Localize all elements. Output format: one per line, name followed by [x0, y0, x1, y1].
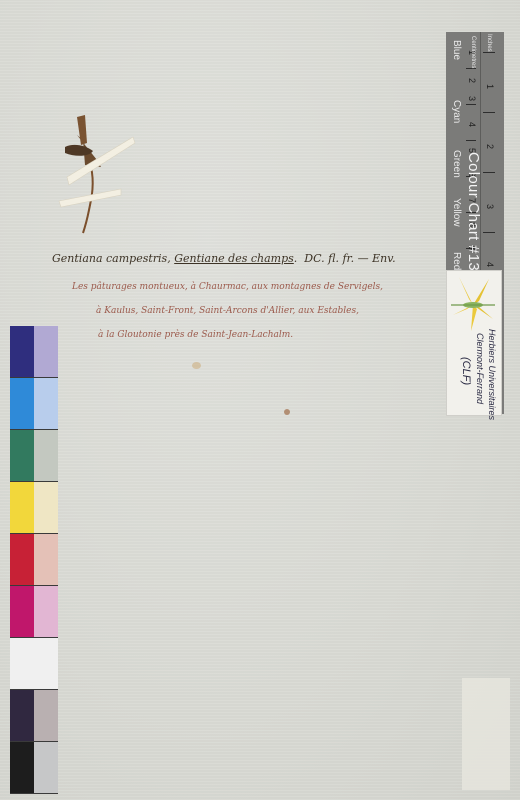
inch-tick-label: 4 [485, 262, 495, 267]
colour-label-cyan: Cyan [451, 100, 462, 123]
common-name: Gentiane des champs [174, 252, 294, 265]
colour-patch-light [34, 586, 58, 637]
locality-line-2: à Kaulus, Saint-Front, Saint-Arcons d'Al… [96, 306, 359, 316]
colour-patch-row [10, 326, 58, 378]
colour-patch-light [34, 534, 58, 585]
authority: DC. fl. fr. — Env. [304, 252, 395, 265]
colour-patch-dark [10, 534, 34, 585]
colour-patch-strip [10, 326, 58, 786]
inches-label: Inches [486, 34, 492, 52]
colour-patch-light [34, 742, 58, 793]
colour-patch-row [10, 378, 58, 430]
colour-patch-light [34, 378, 58, 429]
colour-patch-dark [10, 586, 34, 637]
colour-patch-dark [10, 326, 34, 377]
colour-patch-light [34, 430, 58, 481]
colour-patch-light [34, 690, 58, 741]
colour-patch-light [34, 638, 58, 689]
institution-city: Clermont-Ferrand [475, 333, 485, 404]
paper-stain [192, 362, 201, 369]
scientific-name: Gentiana campestris, [52, 252, 171, 265]
herbarium-sheet: Gentiana campestris, Gentiane des champs… [0, 0, 520, 800]
locality-line-3: à la Gloutonie près de Saint-Jean-Lachal… [98, 330, 293, 340]
colour-patch-row [10, 430, 58, 482]
cm-tick-label: 2 [467, 78, 477, 83]
colour-patch-row [10, 586, 58, 638]
colour-patch-row [10, 638, 58, 690]
institution-label: Herbiers Universitaires Clermont-Ferrand… [446, 270, 502, 416]
inch-tick-label: 1 [485, 84, 495, 89]
colour-patch-dark [10, 742, 34, 793]
colour-patch-dark [10, 430, 34, 481]
colour-label-yellow: Yellow [451, 198, 462, 227]
colour-patch-dark [10, 378, 34, 429]
cm-tick-label: 3 [467, 96, 477, 101]
colour-patch-dark [10, 482, 34, 533]
colour-patch-light [34, 482, 58, 533]
colour-patch-row [10, 482, 58, 534]
institution-name: Herbiers Universitaires [487, 329, 497, 420]
gentian-flower-logo-icon [449, 275, 497, 333]
colour-patch-row [10, 534, 58, 586]
institution-code: (CLF) [460, 357, 472, 385]
cm-tick-label: 4 [467, 122, 477, 127]
centimetres-label: Centimetres [470, 36, 476, 68]
colour-label-green: Green [451, 150, 462, 178]
colour-label-red: Red [451, 252, 462, 270]
paper-stain [284, 409, 290, 415]
pressed-gentian-specimen [55, 105, 145, 235]
colour-patch-row [10, 690, 58, 742]
colour-chart-title: Colour Chart #13 [465, 152, 482, 271]
inch-tick-label: 2 [485, 144, 495, 149]
blank-label-patch [462, 678, 510, 790]
colour-patch-dark [10, 690, 34, 741]
specimen-title-line: Gentiana campestris, Gentiane des champs… [52, 252, 396, 265]
locality-line-1: Les pâturages montueux, à Chaurmac, aux … [72, 282, 383, 292]
inch-tick-label: 3 [485, 204, 495, 209]
colour-patch-dark [10, 638, 34, 689]
colour-label-blue: Blue [451, 40, 462, 60]
colour-patch-light [34, 326, 58, 377]
colour-patch-row [10, 742, 58, 794]
